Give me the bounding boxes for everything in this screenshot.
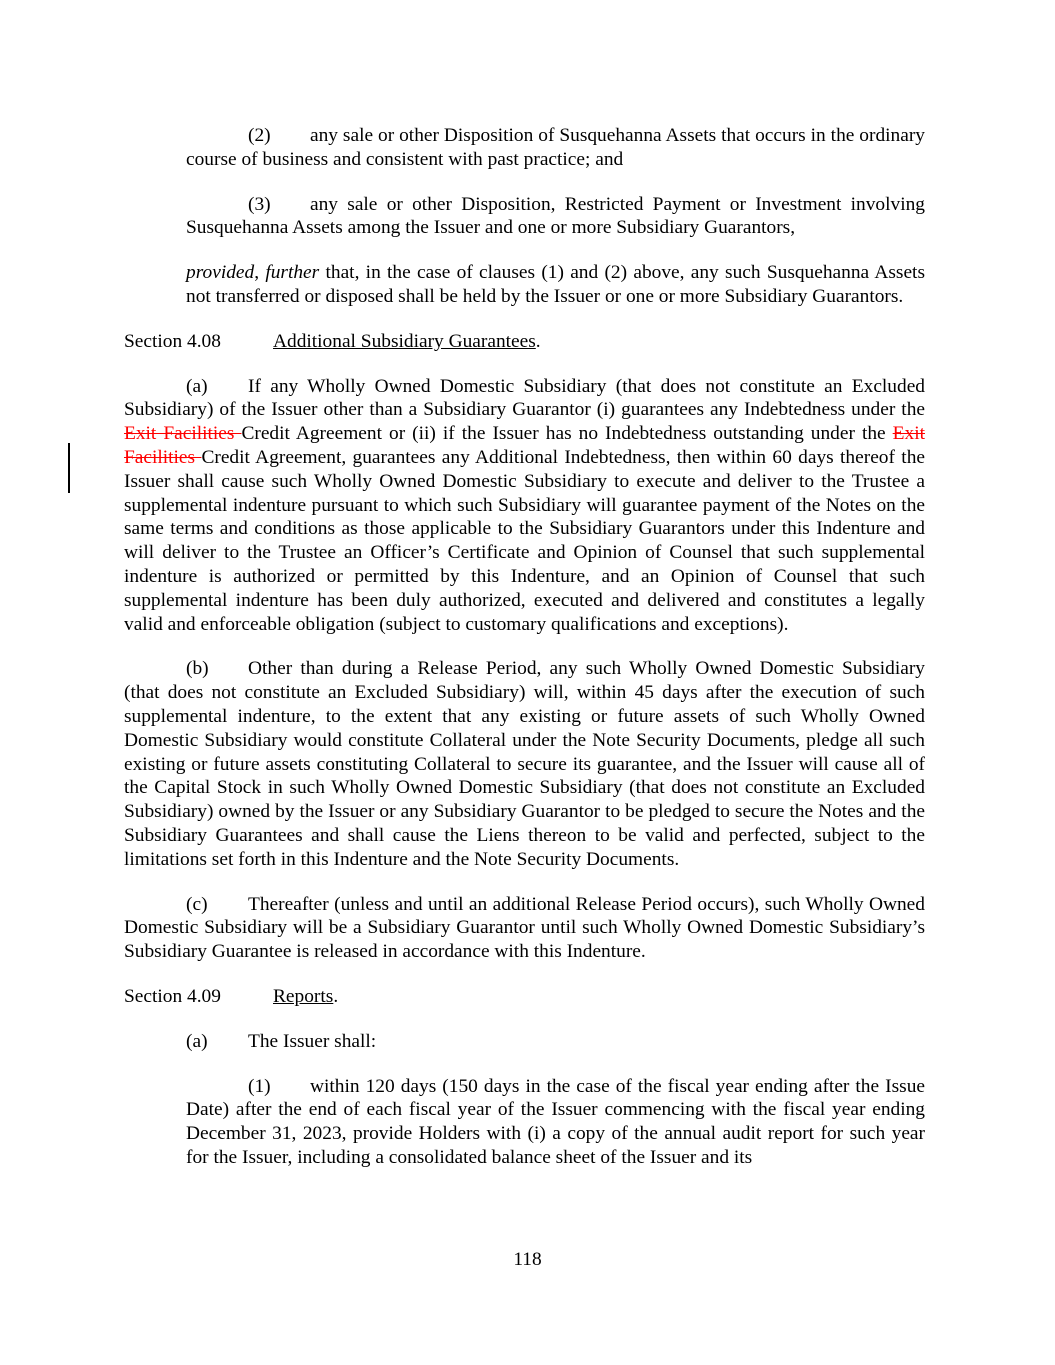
clause-number: (3) [248,193,310,217]
clause-text: Credit Agreement, guarantees any Additio… [124,447,925,635]
section-4-08-c: (c)Thereafter (unless and until an addit… [124,893,925,964]
section-title-period: . [536,331,541,352]
section-4-08-heading: Section 4.08Additional Subsidiary Guaran… [124,330,925,354]
clause-3: (3)any sale or other Disposition, Restri… [186,193,925,241]
clause-number: (1) [248,1075,310,1099]
clause-number: (c) [186,893,248,917]
section-title: Reports [273,986,333,1007]
clause-text: Other than during a Release Period, any … [124,658,925,869]
section-4-09-a-1: (1)within 120 days (150 days in the case… [186,1075,925,1170]
section-4-08-a: (a)If any Wholly Owned Domestic Subsidia… [124,375,925,637]
clause-text: Credit Agreement or (ii) if the Issuer h… [241,423,892,444]
clause-2: (2)any sale or other Disposition of Susq… [186,124,925,172]
proviso-separator: , [254,262,265,283]
page-number: 118 [0,1248,1055,1272]
clause-number: (a) [186,1030,248,1054]
proviso-italic-provided: provided [186,262,254,283]
deleted-text: Exit Facilities [124,423,241,444]
section-number: Section 4.09 [124,985,273,1009]
clause-text: The Issuer shall: [248,1031,376,1052]
clause-number: (2) [248,124,310,148]
document-page: (2)any sale or other Disposition of Susq… [124,124,925,1170]
section-4-09-heading: Section 4.09Reports. [124,985,925,1009]
proviso-italic-further: further [265,262,319,283]
revision-change-bar [68,443,70,493]
section-4-09-a: (a)The Issuer shall: [124,1030,925,1054]
section-4-08-b: (b)Other than during a Release Period, a… [124,657,925,871]
clause-number: (a) [186,375,248,399]
section-title: Additional Subsidiary Guarantees [273,331,536,352]
section-title-period: . [333,986,338,1007]
proviso-paragraph: provided, further that, in the case of c… [186,261,925,309]
section-number: Section 4.08 [124,330,273,354]
clause-number: (b) [186,657,248,681]
